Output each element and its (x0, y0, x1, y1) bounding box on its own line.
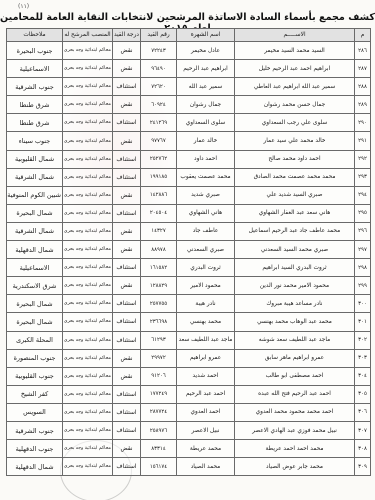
row-index: ٣٠٦ (355, 403, 371, 421)
row-index: ٢٩٧ (355, 241, 371, 259)
registration-number: ٢٨٧٧٢٤ (141, 403, 177, 421)
candidate-alias: هاني الشهاوي (177, 204, 235, 222)
table-row: ٣٠٣عمرو ابراهيم ماهر سابقعمرو ابراهيم٢٩٩… (7, 349, 371, 367)
nominated-position: محاكم ابتدائية وجه بحري (63, 403, 113, 421)
table-row: ٣٠٠نادر مساعد هيبة مبروكنادر هيبة٢٥٧٧٥٥ا… (7, 295, 371, 313)
candidate-name: احمد محمد محمود محمد العدوي (235, 403, 355, 421)
registration-degree: نقض (113, 241, 141, 259)
registration-number: ٩٦٤٩٠ (141, 60, 177, 78)
nominated-position: محاكم ابتدائية وجه بحري (63, 295, 113, 313)
row-index: ٢٩٣ (355, 168, 371, 186)
candidate-alias: عمرو ابراهيم (177, 349, 235, 367)
candidate-name: سلوى علي رجب السعداوي (235, 114, 355, 132)
district-note: جنوب سيناء (7, 132, 63, 150)
candidate-name: هاني سعد عبد الغفار الشهاوي (235, 204, 355, 222)
registration-degree: استئناف (113, 259, 141, 277)
nominated-position: محاكم ابتدائية وجه بحري (63, 114, 113, 132)
district-note: شرق طنطا (7, 114, 63, 132)
candidate-name: ماجد عبد اللطيف سعد شوشه (235, 331, 355, 349)
table-row: ٢٨٦السيد محمد السيد مخيمرعادل مخيمر٧٢٢٤٣… (7, 42, 371, 60)
candidate-alias: عاطف جاد (177, 222, 235, 240)
candidate-name: السيد محمد السيد مخيمر (235, 42, 355, 60)
district-note: شبين الكوم المنوفية (7, 186, 63, 204)
district-note: شمال البحيرة (7, 295, 63, 313)
registration-number: ٢٠٤٥٠٤ (141, 204, 177, 222)
registration-degree: استئناف (113, 150, 141, 168)
district-note: السويس (7, 403, 63, 421)
candidate-alias: محمد عصمت يعقوب (177, 168, 235, 186)
district-note: الاسماعيلية (7, 259, 63, 277)
table-row: ٣٠١محمد عبد الوهاب محمد بهنسيمحمد بهنسي٢… (7, 313, 371, 331)
registration-degree: استئناف (113, 331, 141, 349)
registration-degree: استئناف (113, 114, 141, 132)
registration-degree: استئناف (113, 421, 141, 439)
table-row: ٢٩٧صبري محمد السيد السعدنيصبري السعدني٨٨… (7, 241, 371, 259)
district-note: جنوب القليوبية (7, 367, 63, 385)
candidate-alias: سلوى السعداوي (177, 114, 235, 132)
candidate-name: احمد داود محمد صالح (235, 150, 355, 168)
district-note: شمال الشرقية (7, 222, 63, 240)
registration-degree: نقض (113, 60, 141, 78)
registration-degree: استئناف (113, 403, 141, 421)
row-index: ٢٩٩ (355, 277, 371, 295)
table-row: ٢٩٩محمود الامير محمد نور الدينمحمود الام… (7, 277, 371, 295)
nominated-position: محاكم ابتدائية وجه بحري (63, 331, 113, 349)
candidate-name: ابراهيم احمد عبد الرحيم خليل (235, 60, 355, 78)
nominated-position: محاكم ابتدائية وجه بحري (63, 168, 113, 186)
registration-number: ١٢٨٨٢٩ (141, 277, 177, 295)
candidate-alias: احمد عبد الرحيم (177, 385, 235, 403)
nominated-position: محاكم ابتدائية وجه بحري (63, 385, 113, 403)
header-index: م (355, 29, 371, 42)
header-alias: اسم الشهرة (177, 29, 235, 42)
nominated-position: محاكم ابتدائية وجه بحري (63, 150, 113, 168)
table-row: ٢٩٠سلوى علي رجب السعداويسلوى السعداوي٢٤١… (7, 114, 371, 132)
district-note: شمال الدقهلية (7, 458, 63, 476)
table-row: ٢٩٨ثروت البدري السيد ابراهيمثروت البدري١… (7, 259, 371, 277)
nominated-position: محاكم ابتدائية وجه بحري (63, 132, 113, 150)
candidate-name: خالد محمد علي سيد عمار (235, 132, 355, 150)
row-index: ٣٠٠ (355, 295, 371, 313)
registration-number: ٧٢٦٢٠ (141, 78, 177, 96)
candidate-name: محمد عاطف جاد عبد الرحيم اسماعيل (235, 222, 355, 240)
candidate-name: نادر مساعد هيبة مبروك (235, 295, 355, 313)
registration-degree: استئناف (113, 458, 141, 476)
registration-number: ٩١٢٠٦ (141, 367, 177, 385)
nominated-position: محاكم ابتدائية وجه بحري (63, 349, 113, 367)
registration-number: ١٩٩١٨٥ (141, 168, 177, 186)
registration-number: ١٧٧٢٤٩ (141, 385, 177, 403)
candidate-name: نبيل محمد فوزي عبد الهادي الاعصر (235, 421, 355, 439)
table-row: ٣٠٢ماجد عبد اللطيف سعد شوشهماجد عبد اللط… (7, 331, 371, 349)
row-index: ٢٩٢ (355, 150, 371, 168)
candidate-name: احمد عبد الرحيم فتح الله عبده (235, 385, 355, 403)
header-notes: ملاحظات (7, 29, 63, 42)
table-row: ٢٩١خالد محمد علي سيد عمارخالد عمار٩٧٧٦٧ن… (7, 132, 371, 150)
table-row: ٣٠٦احمد محمد محمود محمد العدوياحمد العدو… (7, 403, 371, 421)
row-index: ٣٠٩ (355, 458, 371, 476)
candidate-alias: ماجد عبد اللطيف سعد (177, 331, 235, 349)
registration-degree: نقض (113, 440, 141, 458)
candidate-name: صبري محمد السيد السعدني (235, 241, 355, 259)
table-row: ٢٩٢احمد داود محمد صالحاحمد داود٢٥٢٧٦٢است… (7, 150, 371, 168)
candidate-name: سمير عبد الله ابراهيم عبد العاطي (235, 78, 355, 96)
nominated-position: محاكم ابتدائية وجه بحري (63, 421, 113, 439)
row-index: ٢٩٥ (355, 204, 371, 222)
candidate-name: محمد عبد الوهاب محمد بهنسي (235, 313, 355, 331)
district-note: جنوب البحيرة (7, 42, 63, 60)
candidates-table: م الاســـــم اسم الشهرة رقم القيد درجة ا… (6, 28, 371, 476)
nominated-position: محاكم ابتدائية وجه بحري (63, 204, 113, 222)
district-note: جنوب الشرقية (7, 78, 63, 96)
candidate-alias: محمد عريطة (177, 440, 235, 458)
registration-degree: استئناف (113, 385, 141, 403)
nominated-position: محاكم ابتدائية وجه بحري (63, 277, 113, 295)
candidate-alias: ثروت البدري (177, 259, 235, 277)
candidate-alias: محمود الامير (177, 277, 235, 295)
registration-degree: نقض (113, 349, 141, 367)
registration-number: ٢٣٦٦٩٨ (141, 313, 177, 331)
candidate-name: محمد جابر عوض الصياد (235, 458, 355, 476)
table-row: ٣٠٨محمد احمد احمد عريطةمحمد عريطة٨٣٣١٤نق… (7, 440, 371, 458)
registration-number: ١٤٢٨٨٦ (141, 186, 177, 204)
header-name: الاســـــم (235, 29, 355, 42)
district-note: شرق الاسكندرية (7, 277, 63, 295)
registration-degree: نقض (113, 132, 141, 150)
row-index: ٢٩١ (355, 132, 371, 150)
nominated-position: محاكم ابتدائية وجه بحري (63, 313, 113, 331)
row-index: ٢٩٤ (355, 186, 371, 204)
candidate-alias: احمد العدوي (177, 403, 235, 421)
candidate-name: عمرو ابراهيم ماهر سابق (235, 349, 355, 367)
nominated-position: محاكم ابتدائية وجه بحري (63, 60, 113, 78)
district-note: كفر الشيخ (7, 385, 63, 403)
candidate-name: جمال حسن محمد رشوان (235, 96, 355, 114)
nominated-position: محاكم ابتدائية وجه بحري (63, 367, 113, 385)
candidate-alias: صبري السعدني (177, 241, 235, 259)
table-row: ٣٠٧نبيل محمد فوزي عبد الهادي الاعصرنبيل … (7, 421, 371, 439)
district-note: شمال البحيرة (7, 204, 63, 222)
header-registration-degree: درجة القيد (113, 29, 141, 42)
row-index: ٢٨٧ (355, 60, 371, 78)
registration-number: ٢٥٨٩٧٦ (141, 421, 177, 439)
candidate-alias: محمد الصياد (177, 458, 235, 476)
registration-degree: نقض (113, 42, 141, 60)
table-row: ٢٨٩جمال حسن محمد رشوانجمال رشوان٦٠٩٢٤نقض… (7, 96, 371, 114)
registration-number: ١٦١٥٨٢ (141, 259, 177, 277)
table-row: ٢٩٤صبري السيد شديد عليصبري شديد١٤٢٨٨٦نقض… (7, 186, 371, 204)
nominated-position: محاكم ابتدائية وجه بحري (63, 78, 113, 96)
registration-degree: استئناف (113, 313, 141, 331)
row-index: ٣٠١ (355, 313, 371, 331)
registration-degree: نقض (113, 277, 141, 295)
row-index: ٣٠٢ (355, 331, 371, 349)
row-index: ٣٠٥ (355, 385, 371, 403)
registration-degree: استئناف (113, 168, 141, 186)
registration-degree: نقض (113, 96, 141, 114)
candidate-alias: جمال رشوان (177, 96, 235, 114)
candidate-alias: احمد داود (177, 150, 235, 168)
candidate-alias: احمد شديد (177, 367, 235, 385)
registration-degree: نقض (113, 367, 141, 385)
district-note: شمال الشرقية (7, 168, 63, 186)
registration-degree: نقض (113, 186, 141, 204)
registration-number: ٢٩٩٧٢ (141, 349, 177, 367)
row-index: ٢٩٨ (355, 259, 371, 277)
nominated-position: محاكم ابتدائية وجه بحري (63, 241, 113, 259)
candidate-name: محمود الامير محمد نور الدين (235, 277, 355, 295)
registration-number: ٢٥٧٧٥٥ (141, 295, 177, 313)
row-index: ٣٠٣ (355, 349, 371, 367)
registration-degree: استئناف (113, 295, 141, 313)
table-row: ٢٩٣محمد محمد عصمت محمد الصادقمحمد عصمت ي… (7, 168, 371, 186)
district-note: جنوب المنصورة (7, 349, 63, 367)
table-row: ٣٠٥احمد عبد الرحيم فتح الله عبدهاحمد عبد… (7, 385, 371, 403)
candidate-name: ثروت البدري السيد ابراهيم (235, 259, 355, 277)
table-row: ٢٩٦محمد عاطف جاد عبد الرحيم اسماعيلعاطف … (7, 222, 371, 240)
district-note: شمال القليوبية (7, 150, 63, 168)
candidate-alias: سمير عبد الله (177, 78, 235, 96)
row-index: ٢٨٦ (355, 42, 371, 60)
candidate-name: صبري السيد شديد علي (235, 186, 355, 204)
row-index: ٢٨٩ (355, 96, 371, 114)
district-note: شمال الدقهلية (7, 241, 63, 259)
candidate-alias: عادل مخيمر (177, 42, 235, 60)
nominated-position: محاكم ابتدائية وجه بحري (63, 96, 113, 114)
nominated-position: محاكم ابتدائية وجه بحري (63, 458, 113, 476)
registration-number: ١٤٣٢٧ (141, 222, 177, 240)
registration-number: ٦١٢٩٣ (141, 331, 177, 349)
nominated-position: محاكم ابتدائية وجه بحري (63, 222, 113, 240)
candidate-name: محمد محمد عصمت محمد الصادق (235, 168, 355, 186)
candidate-alias: محمد بهنسي (177, 313, 235, 331)
registration-number: ٢٥٢٧٦٢ (141, 150, 177, 168)
header-nominated-position: المنصب المرشح له (63, 29, 113, 42)
page-number: (١١) (18, 3, 29, 10)
district-note: شمال البحيرة (7, 313, 63, 331)
candidate-alias: ابراهيم عبد الرحيم (177, 60, 235, 78)
registration-degree: استئناف (113, 204, 141, 222)
candidate-alias: نادر هيبة (177, 295, 235, 313)
table-row: ٢٨٨سمير عبد الله ابراهيم عبد العاطيسمير … (7, 78, 371, 96)
table-header-row: م الاســـــم اسم الشهرة رقم القيد درجة ا… (7, 29, 371, 42)
district-note: جنوب الدقهلية (7, 440, 63, 458)
candidate-alias: صبري شديد (177, 186, 235, 204)
candidate-alias: خالد عمار (177, 132, 235, 150)
row-index: ٣٠٨ (355, 440, 371, 458)
nominated-position: محاكم ابتدائية وجه بحري (63, 186, 113, 204)
registration-number: ٧٢٢٤٣ (141, 42, 177, 60)
nominated-position: محاكم ابتدائية وجه بحري (63, 42, 113, 60)
district-note: الاسماعيلية (7, 60, 63, 78)
registration-number: ١٥٦١٧٤ (141, 458, 177, 476)
district-note: جنوب الشرقية (7, 421, 63, 439)
registration-number: ٨٨٩٧٨ (141, 241, 177, 259)
row-index: ٢٨٨ (355, 78, 371, 96)
table-row: ٢٩٥هاني سعد عبد الغفار الشهاويهاني الشها… (7, 204, 371, 222)
registration-degree: استئناف (113, 78, 141, 96)
table-row: ٣٠٤احمد مصطفى ابو طالباحمد شديد٩١٢٠٦نقضم… (7, 367, 371, 385)
nominated-position: محاكم ابتدائية وجه بحري (63, 259, 113, 277)
registration-number: ٨٣٣١٤ (141, 440, 177, 458)
candidate-alias: نبيل الاعصر (177, 421, 235, 439)
row-index: ٣٠٤ (355, 367, 371, 385)
nominated-position: محاكم ابتدائية وجه بحري (63, 440, 113, 458)
registration-number: ٩٧٧٦٧ (141, 132, 177, 150)
table-row: ٢٨٧ابراهيم احمد عبد الرحيم خليلابراهيم ع… (7, 60, 371, 78)
district-note: شرق طنطا (7, 96, 63, 114)
registration-number: ٦٠٩٢٤ (141, 96, 177, 114)
candidate-name: احمد مصطفى ابو طالب (235, 367, 355, 385)
registration-number: ٢٤١٢٦٩ (141, 114, 177, 132)
header-registration-number: رقم القيد (141, 29, 177, 42)
district-note: المحلة الكبرى (7, 331, 63, 349)
registration-degree: نقض (113, 222, 141, 240)
table-row: ٣٠٩محمد جابر عوض الصيادمحمد الصياد١٥٦١٧٤… (7, 458, 371, 476)
row-index: ٢٩٠ (355, 114, 371, 132)
candidate-name: محمد احمد احمد عريطة (235, 440, 355, 458)
row-index: ٣٠٧ (355, 421, 371, 439)
row-index: ٢٩٦ (355, 222, 371, 240)
